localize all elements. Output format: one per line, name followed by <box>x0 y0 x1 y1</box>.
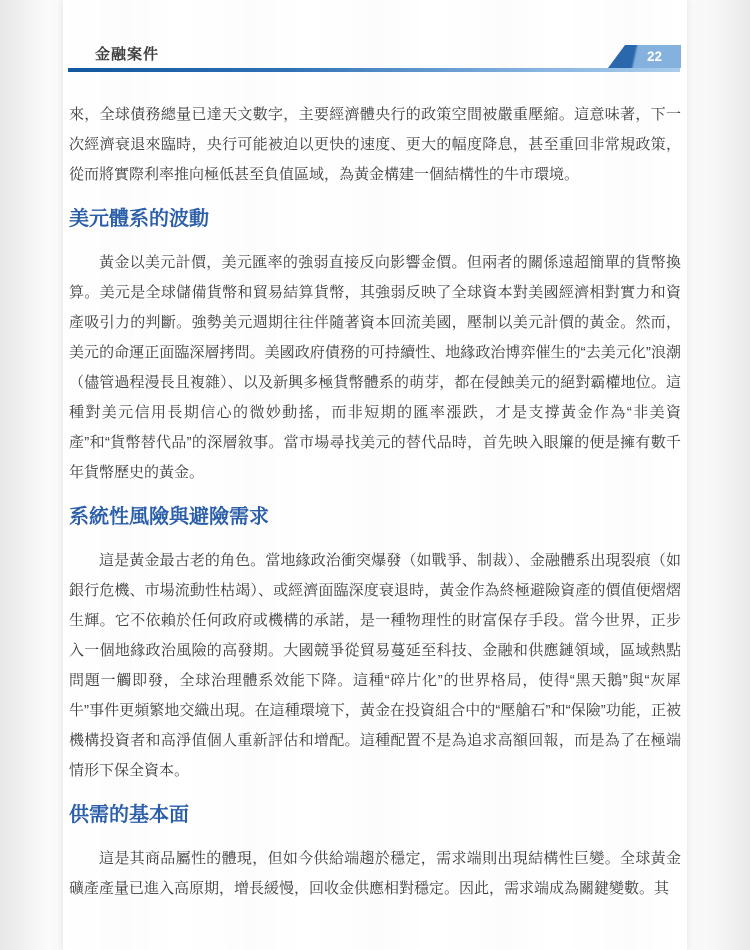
header-title: 金融案件 <box>95 43 159 64</box>
header-divider <box>68 68 680 72</box>
page-number-badge: 22 <box>608 45 681 68</box>
document-page: 金融案件 22 來，全球債務總量已達天文數字，主要經濟體央行的政策空間被嚴重壓縮… <box>63 0 687 950</box>
paragraph-continuation: 來，全球債務總量已達天文數字，主要經濟體央行的政策空間被嚴重壓縮。這意味著，下一… <box>69 100 681 190</box>
page-header: 金融案件 22 <box>63 0 687 72</box>
section-heading-dollar-system: 美元體系的波動 <box>69 206 681 232</box>
page-number: 22 <box>647 49 662 64</box>
paragraph-supply-demand: 這是其商品屬性的體現，但如今供給端趨於穩定，需求端則出現結構性巨變。全球黃金礦產… <box>69 844 681 904</box>
paragraph-dollar-system: 黃金以美元計價，美元匯率的強弱直接反向影響金價。但兩者的關係遠超簡單的貨幣換算。… <box>69 248 681 488</box>
document-body: 來，全球債務總量已達天文數字，主要經濟體央行的政策空間被嚴重壓縮。這意味著，下一… <box>63 100 687 904</box>
section-heading-systemic-risk: 系統性風險與避險需求 <box>69 504 681 530</box>
section-heading-supply-demand: 供需的基本面 <box>69 802 681 828</box>
paragraph-systemic-risk: 這是黃金最古老的角色。當地緣政治衝突爆發（如戰爭、制裁）、金融體系出現裂痕（如銀… <box>69 546 681 786</box>
